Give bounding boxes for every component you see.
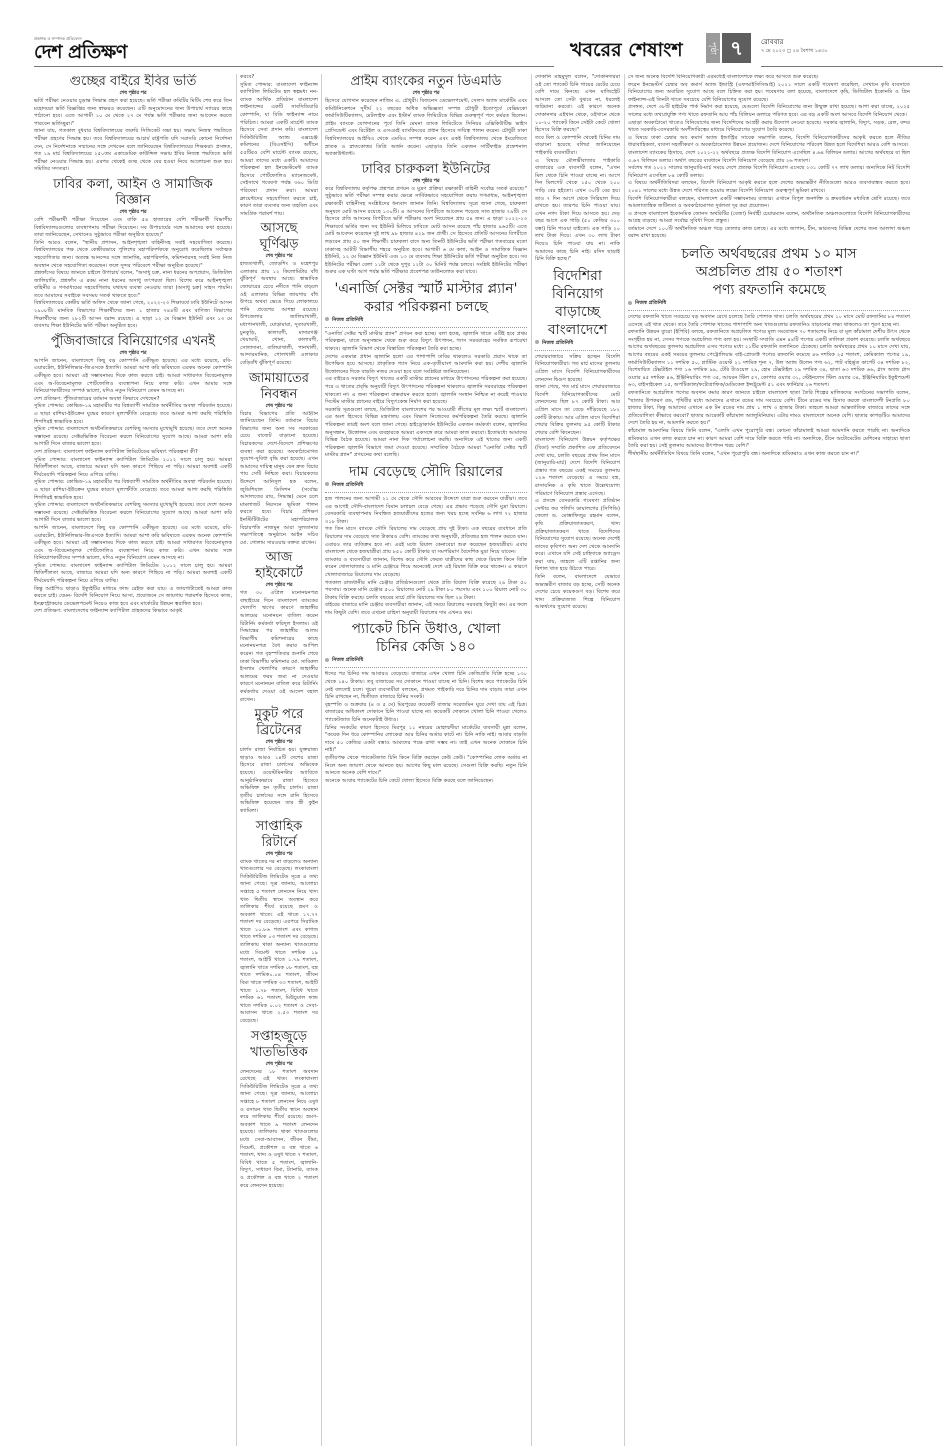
paragraph: কিন্তু আইপিও ছাড়াও ইক্যুইটির মাধ্যমে ফা…: [34, 586, 232, 609]
paragraph: ঈদের পর চিনির দাম আবারও বেড়েছে। বাজারে …: [325, 671, 527, 701]
article-britain: মুকুট পরে ব্রিটেনের শেষ পৃষ্ঠার পর চার্ল…: [240, 707, 318, 815]
paragraph: দেশের রফতানি খাতে সবচেয়ে বড় অবদান রেখে…: [628, 314, 910, 329]
continued-label: শেষ পৃষ্ঠার পর: [34, 90, 232, 97]
continued-label: শেষ পৃষ্ঠার পর: [325, 178, 527, 185]
paragraph: প্রসঙ্গত, দেশে ৩৮টি হাইটেক পার্ক নির্মাণ…: [628, 104, 910, 119]
paragraph: চার্লস রাজা নির্বাচিত হয়। যুক্তরাজ্য ছা…: [240, 747, 318, 815]
center-column: প্রাইম ব্যাংকের নতুন ডিএমডি শেষ পৃষ্ঠার …: [325, 74, 527, 1446]
paragraph: করবে?: [240, 74, 318, 82]
paragraph: বিদেশি বিনিয়োগকারীরা বলছেন, বাংলাদেশ এক…: [628, 196, 910, 211]
paragraph: সুমিত পোদ্দার: কোভিড-১৯ মহামারীর পর বিশ্…: [34, 479, 232, 502]
continued-label: শেষ পৃষ্ঠার পর: [34, 209, 232, 216]
paragraph: গত তিন মাসে ব্যাংকে সৌদি রিয়ালের দাম বে…: [325, 526, 527, 556]
paragraph: জানা যায়, গতকাল বুধবার বিশ্ববিদ্যালয়ের…: [34, 128, 232, 174]
paragraph: গত ৩০ এপ্রিল মনোনয়নপত্র বাছাইয়ের দিনে …: [240, 590, 318, 704]
paragraph: চিনির সংকটের কারণ হিসেবে মিরপুর ১১ নম্বর…: [325, 725, 527, 755]
byline: নিজস্ব প্রতিনিধি: [535, 339, 620, 351]
paragraph: বাইরের বাজারে মানি চেঞ্জার ব্যবসায়ীরা জ…: [325, 602, 527, 617]
headline: গুচ্ছের বাইরে ইবির ভর্তি: [34, 74, 232, 90]
paragraph: সুমিত পোদ্দার: বাংলাদেশে অর্থনৈতিকভাবে ব…: [34, 502, 232, 525]
paragraph: সুমিত পোদ্দার: কোভিড-১৯ মহামারীর পর বিশ্…: [34, 403, 232, 426]
bullet-icon: [325, 482, 329, 486]
right-column: সে জন্য অনেক বিদেশি বিনিয়োগকারী এরমধ্যে…: [628, 74, 910, 1446]
paragraph: ব্যাংকার ও ব্যবসায়ীরা জানান, বিশেষ করে …: [325, 557, 527, 580]
article-chini: প্যাকেট চিনি উধাও, খোলা চিনির কেজি ১৪০ ন…: [325, 620, 527, 785]
dateline: রোববার ৭ মে ২০২৩ ◻ ২৪ বৈশাখ ১৪৩০: [761, 37, 828, 55]
byline: নিজস্ব প্রতিনিধি: [325, 316, 527, 328]
newspaper-logo-block: প্রকাশক ও সম্পাদক প্রতিবেদন দেশ প্রতিক্ষ…: [34, 36, 127, 63]
bullet-icon: [325, 658, 329, 662]
page-label: পৃষ্ঠা: [706, 33, 720, 63]
paragraph: করে বিশ্ববিদ্যালয় কর্তৃপক্ষ প্রশ্নপত্র …: [325, 186, 527, 277]
headline-line-2: করার পরিকল্পনা চলছে: [325, 298, 527, 316]
continued-label: শেষ পৃষ্ঠার পর: [240, 851, 318, 858]
article-videshi: বিদেশিরা বিনিয়োগ বাড়াচ্ছে বাংলাদেশে নি…: [535, 267, 620, 612]
paragraph: বর্তমানে দেশে ১০০টি অর্থনৈতিক অঞ্চল গড়ে…: [628, 226, 910, 241]
byline: নিজস্ব প্রতিনিধি: [325, 656, 527, 668]
paragraph: সুমিত পোদ্দার: বাংলাদেশে অর্থনৈতিকভাবে ব…: [34, 426, 232, 449]
paragraph: লেনদেনের ১৮ শতাংশ অবদান রেখেছে এই খাত। ল…: [240, 1069, 318, 1191]
paragraph: শেয়ারবাজারে সক্রিয় হচ্ছেন বিদেশি বিনিয…: [535, 354, 620, 384]
paragraph: সুমিত পোদ্দার: বাংলাদেশ ফাইন্যান্স ক্যাপ…: [34, 563, 232, 586]
paragraph: আপনি জানেন, বাংলাদেশে কিছু বড় কোম্পানি …: [34, 525, 232, 563]
day-label: রোববার: [761, 37, 828, 47]
headline: জামায়াতের নিবন্ধন: [240, 371, 318, 403]
paragraph: দোকানি মাহমুদুল বলেন, "দোকানদাররা ওই তো …: [535, 74, 620, 135]
paragraph: হজ পালনের জন্য আগামী ২১ মে থেকে সৌদি আরব…: [325, 496, 527, 526]
paragraph: এর বাইরেও সরকার বিদ্যুৎ খাতের একটি মাস্ট…: [325, 376, 527, 406]
paragraph: ভর্তি পরীক্ষা নেওয়ার চূড়ান্ত সিদ্ধান্ত…: [34, 98, 232, 128]
paragraph: হাজতখালী, জোড়শিং ও মহেশপুর এলাকার প্রায…: [240, 261, 318, 367]
paragraph: এ প্রসঙ্গে বেসরকারি গবেষণা প্রতিষ্ঠান সে…: [535, 498, 620, 574]
article-sugar-continued: দোকানি মাহমুদুল বলেন, "দোকানদাররা ওই তো …: [535, 74, 620, 264]
paragraph: দেশ প্রতিক্ষণ: বাংলাদেশ ফাইন্যান্স ক্যাপ…: [34, 449, 232, 457]
paragraph: বেশি পরীক্ষার্থী পরীক্ষা দিয়েছেন এবং বা…: [34, 217, 232, 240]
column-divider: [321, 74, 322, 1446]
paragraph: এ প্রসঙ্গে বাংলাদেশ ইকোনমিক জোনস অথরিটির…: [628, 211, 910, 226]
continued-label: শেষ পৃষ্ঠার পর: [240, 582, 318, 589]
article-highcourt: আজ হাইকোর্টে শেষ পৃষ্ঠার পর গত ৩০ এপ্রিল…: [240, 550, 318, 704]
paragraph: সরকারি সূত্রগুলো বলছে, ডিজিটাল বাংলাদেশে…: [325, 407, 527, 460]
paragraph: এ বিষয়ে অর্থনীতিবিদরা বলছেন, বিদেশি বিন…: [628, 180, 910, 195]
paragraph: আপনি জানেন, বাংলাদেশে কিছু বড় কোম্পানি …: [34, 358, 232, 396]
paragraph: প্রশ্নফাঁসের বিষয়ে জানতে চাইলে উপাচার্য…: [34, 270, 232, 300]
article-punjibazar-continued: করবে? সুমিত পোদ্দার: বাংলাদেশ ফাইন্যান্স…: [240, 74, 318, 218]
paragraph: জানা গেছে, গত মার্চ মাসে শেয়ারবাজারে বি…: [535, 384, 620, 437]
paragraph: ব্যাংক খাতের দর না বাড়লেও অন্যান্য খাতগ…: [240, 859, 318, 1026]
article-guchcho: গুচ্ছের বাইরে ইবির ভর্তি শেষ পৃষ্ঠার পর …: [34, 74, 232, 174]
masthead: প্রকাশক ও সম্পাদক প্রতিবেদন দেশ প্রতিক্ষ…: [0, 0, 945, 70]
headline-line-3: পণ্য রফতানি কমেছে: [628, 281, 910, 299]
paragraph: এছাড়া অবকাঠামো খাতেও বিনিয়োগের জন্য বি…: [628, 120, 910, 135]
paragraph: গতকাল রাজধানীর মানি চেঞ্জার প্রতিষ্ঠানগু…: [325, 580, 527, 603]
headline: চলতি অর্থবছরের প্রথম ১০ মাস: [628, 245, 910, 263]
paragraph: সর্বশেষ গত ২০২২ সালের জানুয়ারি-মার্চ সম…: [628, 165, 910, 180]
paragraph: হিসেবে যোগদান করেছেন নাজিম এ. চৌধুরী। বি…: [325, 98, 527, 159]
column-divider: [531, 74, 532, 1446]
headline: প্রাইম ব্যাংকের নতুন ডিএমডি: [325, 74, 527, 90]
paragraph: বাংলাদেশ বিনিয়োগ উন্নয়ন কর্তৃপক্ষের (ব…: [535, 437, 620, 498]
headline-line-3: বাংলাদেশে: [535, 321, 620, 339]
paragraph: রফতানি উন্নয়ন ব্যুরো (ইপিবি) বলছে, রফতা…: [628, 329, 910, 390]
paragraph: সুমিত পোদ্দার: বাংলাদেশ ফাইন্যান্স ক্যাপ…: [34, 457, 232, 480]
headline: ঢাবির কলা, আইন ও সামাজিক বিজ্ঞান: [34, 177, 232, 209]
paragraph: তবে মিল ও কোম্পানি থেকেই চিনির দাম বাড়া…: [535, 135, 620, 158]
headline: প্যাকেট চিনি উধাও, খোলা: [325, 620, 527, 638]
continued-label: শেষ পৃষ্ঠার পর: [240, 253, 318, 260]
headline: বিদেশিরা বিনিয়োগ: [535, 267, 620, 303]
masthead-divider: [761, 66, 943, 67]
article-export: চলতি অর্থবছরের প্রথম ১০ মাস অপ্রচলিত প্র…: [628, 245, 910, 458]
column-divider: [624, 74, 625, 1446]
article-prime-bank: প্রাইম ব্যাংকের নতুন ডিএমডি শেষ পৃষ্ঠার …: [325, 74, 527, 159]
paragraph: বাংলাদেশ ব্যাংকের হিসাবে, দেশে ২০২১-২২ অ…: [628, 150, 910, 165]
article-punjibazar: পুঁজিবাজারে বিনিয়োগের এখনই শেষ পৃষ্ঠার …: [34, 334, 232, 616]
article-charukala: ঢাবির চারুকলা ইউনিটের শেষ পৃষ্ঠার পর করে…: [325, 162, 527, 277]
article-ghurnijhar: আসছে ঘূর্ণিঝড় শেষ পৃষ্ঠার পর হাজতখালী, …: [240, 221, 318, 367]
article-energy: 'এনার্জি সেক্টর স্মার্ট মাস্টার প্ল্যান'…: [325, 280, 527, 460]
article-riyal: দাম বেড়েছে সৌদি রিয়ালের নিজস্ব প্রতিনি…: [325, 463, 527, 618]
paragraph: সুমিত পোদ্দার: বাংলাদেশ ফাইন্যান্স ক্যাপ…: [240, 82, 318, 219]
article-dhabi-kala: ঢাবির কলা, আইন ও সামাজিক বিজ্ঞান শেষ পৃষ…: [34, 177, 232, 331]
headline-line-2: অপ্রচলিত প্রায় ৫০ শতাংশ: [628, 263, 910, 281]
continued-label: শেষ পৃষ্ঠার পর: [325, 90, 527, 97]
byline: নিজস্ব প্রতিনিধি: [628, 299, 910, 311]
paragraph: তিনি আরও বলেন, "স্থানীয় প্রশাসন, আইনশৃঙ…: [34, 240, 232, 270]
paragraph: দেশের একমাত্র প্রধান জ্বালানি হলো এর পাশ…: [325, 354, 527, 377]
page-number: ৭: [722, 33, 751, 63]
continued-label: শেষ পৃষ্ঠার পর: [240, 739, 318, 746]
headline: আসছে ঘূর্ণিঝড়: [240, 221, 318, 253]
headline-line-2: বাড়াচ্ছে: [535, 303, 620, 321]
headline: মুকুট পরে ব্রিটেনের: [240, 707, 318, 739]
paragraph: কাঁচামাল আমদানির বিষয়ে তিনি বলেন, "এলসি…: [628, 428, 910, 451]
headline: 'এনার্জি সেক্টর স্মার্ট মাস্টার প্ল্যান': [325, 280, 527, 298]
paragraph: তিনি বলেন, বাংলাদেশে যেভাবে অভ্যন্তরীণ ব…: [535, 574, 620, 612]
paragraph: বৃহস্পতি ও শুক্রবার (৪ ও ৫ মে) মিরপুরের …: [325, 702, 527, 725]
bullet-icon: [628, 301, 632, 305]
paragraph: রফতানিতে অপ্রচলিত পণ্যের অবদান কমার কারণ…: [628, 390, 910, 428]
paragraph: সে জন্য অনেক বিদেশি বিনিয়োগকারী এরমধ্যে…: [628, 74, 910, 82]
bullet-icon: [325, 317, 329, 321]
paragraph: "এনার্জি সেক্টর স্মার্ট মাস্টার প্ল্যান"…: [325, 331, 527, 354]
byline: নিজস্ব প্রতিনিধি: [325, 481, 527, 493]
continued-label: শেষ পৃষ্ঠার পর: [240, 403, 318, 410]
article-videshi-continued: সে জন্য অনেক বিদেশি বিনিয়োগকারী এরমধ্যে…: [628, 74, 910, 241]
headline: ঢাবির চারুকলা ইউনিটের: [325, 162, 527, 178]
headline-line-2: চিনির কেজি ১৪০: [325, 638, 527, 656]
bullet-icon: [535, 340, 539, 344]
article-saptahik: সাপ্তাহিক রিটার্নে শেষ পৃষ্ঠার পর ব্যাংক…: [240, 819, 318, 1026]
paragraph: অনেকে আবার প্যাকেটের চিনি কেটে খোলা হিসে…: [325, 778, 527, 786]
paragraph: তৃতীয়পক্ষ থেকে প্যাকেটজাত চিনি কিনে বিক…: [325, 755, 527, 778]
date-label: ৭ মে ২০২৩ ◻ ২৪ বৈশাখ ১৪৩০: [761, 47, 828, 55]
headline: আজ হাইকোর্টে: [240, 550, 318, 582]
headline: পুঁজিবাজারে বিনিয়োগের এখনই: [34, 334, 232, 350]
column-divider: [236, 74, 237, 1446]
paragraph: দেশ প্রতিক্ষণ: বাংলাদেশের ফাইন্যান্স ক্য…: [34, 608, 232, 616]
continued-label: শেষ পৃষ্ঠার পর: [240, 1061, 318, 1068]
continued-label: শেষ পৃষ্ঠার পর: [34, 350, 232, 357]
headline: দাম বেড়েছে সৌদি রিয়ালের: [325, 463, 527, 481]
headline: সাপ্তাহিক রিটার্নে: [240, 819, 318, 851]
narrow-right-column: দোকানি মাহমুদুল বলেন, "দোকানদাররা ওই তো …: [535, 74, 620, 1446]
paragraph: এ বিষয়ে ঢাকা চেম্বার অব কমার্স অ্যান্ড …: [628, 135, 910, 150]
narrow-column: করবে? সুমিত পোদ্দার: বাংলাদেশ ফাইন্যান্স…: [240, 74, 318, 1446]
paragraph: শীর্ষস্থানীয় অর্থনীতিবিদ বিষয়ে তিনি বল…: [628, 451, 910, 459]
paragraph: বিচার বিভাগের প্রতি আহ্বান জানিয়েছেন তি…: [240, 411, 318, 548]
article-jamaat: জামায়াতের নিবন্ধন শেষ পৃষ্ঠার পর বিচার …: [240, 371, 318, 548]
paragraph: বিশ্ববিদ্যালয়ের কেন্দ্রীয় ভর্তি অফিস থ…: [34, 300, 232, 330]
paragraph: ফরেন ইনভেস্টর্স চেম্বার অব কমার্স অ্যান্…: [628, 82, 910, 105]
article-saptahjure: সপ্তাহজুড়ে খাতভিত্তিক শেষ পৃষ্ঠার পর লে…: [240, 1029, 318, 1191]
newspaper-logo: দেশ প্রতিক্ষণ: [34, 41, 127, 63]
left-column: গুচ্ছের বাইরে ইবির ভর্তি শেষ পৃষ্ঠার পর …: [34, 74, 232, 1446]
paragraph: এ বিষয়ে মৌলভীবাজার পাইকারি বাজারের এক ব…: [535, 158, 620, 264]
headline: সপ্তাহজুড়ে খাতভিত্তিক: [240, 1029, 318, 1061]
section-title: খবরের শেষাংশ: [570, 36, 683, 68]
masthead-divider: [34, 66, 554, 67]
